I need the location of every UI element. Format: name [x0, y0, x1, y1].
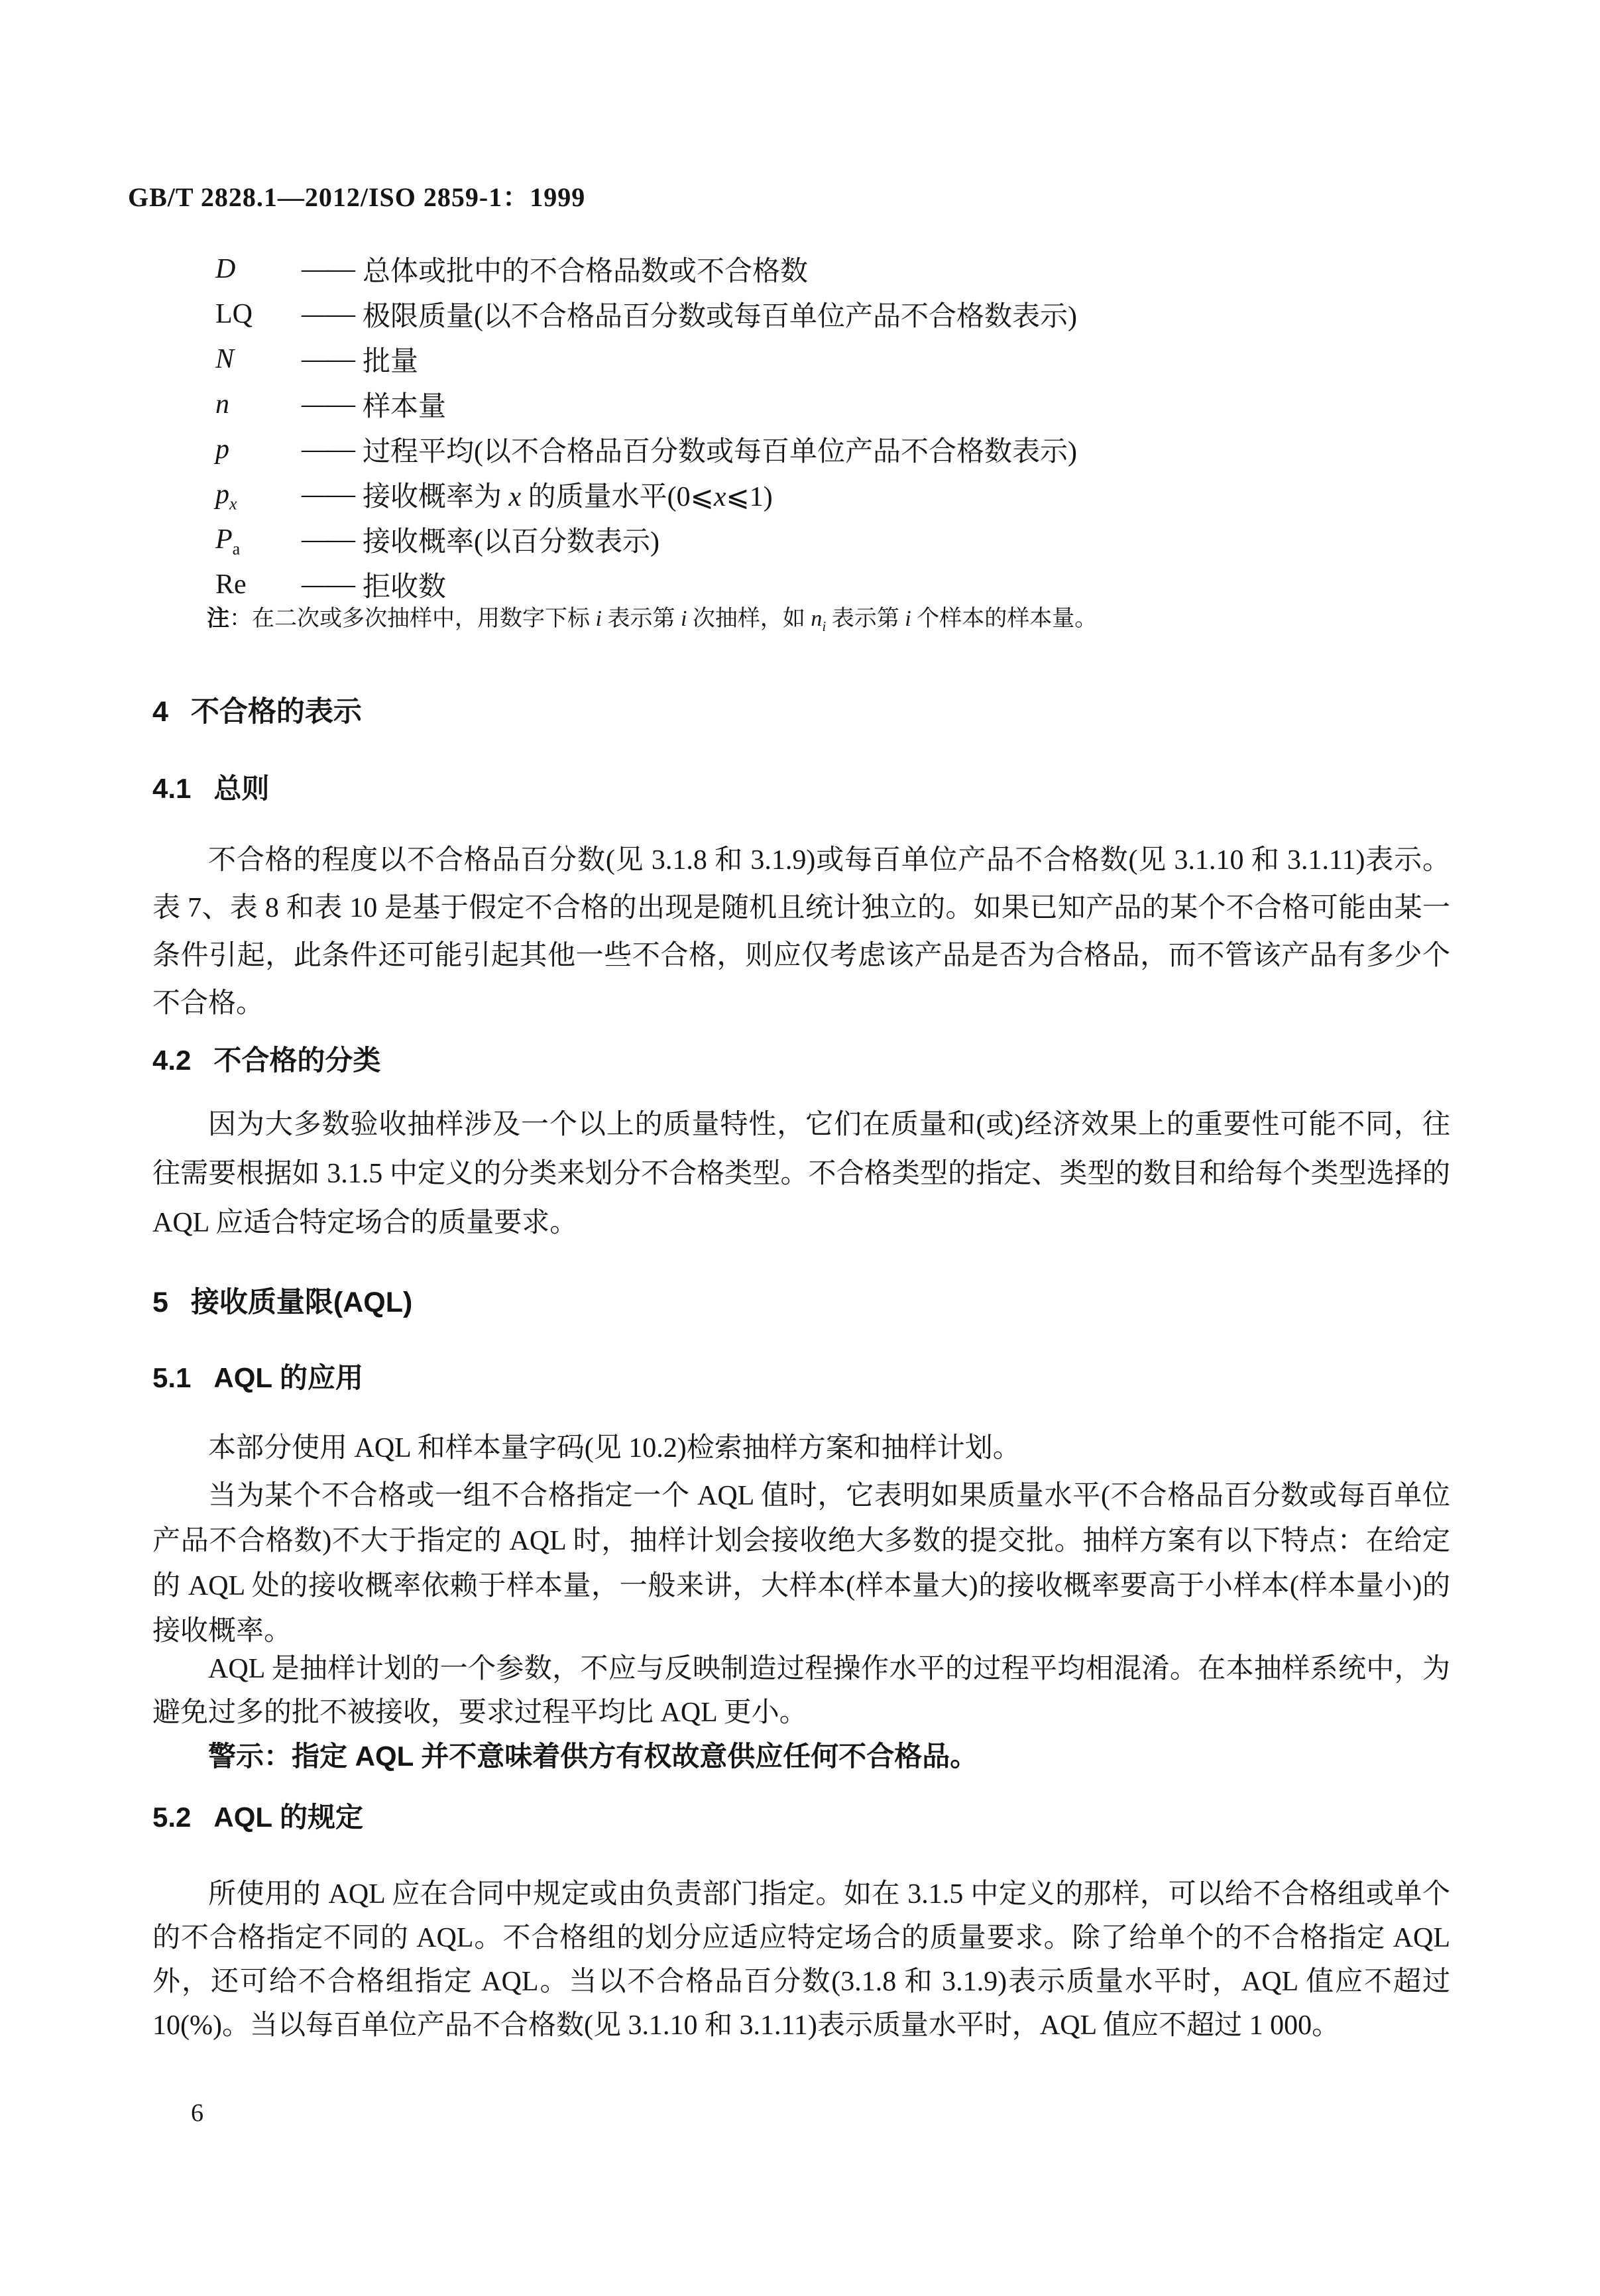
- dash-separator: ——: [302, 253, 363, 285]
- definition-text: 过程平均(以不合格品百分数或每百单位产品不合格数表示): [363, 430, 1077, 469]
- paragraph: AQL 是抽样计划的一个参数，不应与反映制造过程操作水平的过程平均相混淆。在本抽…: [152, 1647, 1450, 1735]
- paragraph: 不合格的程度以不合格品百分数(见 3.1.8 和 3.1.9)或每百单位产品不合…: [152, 836, 1450, 1027]
- section-title: 不合格的表示: [191, 696, 362, 728]
- dash-separator: ——: [302, 569, 363, 601]
- symbol-label: n: [215, 388, 302, 420]
- symbol-label: D: [215, 253, 302, 285]
- section-title: AQL 的规定: [213, 1802, 363, 1833]
- section-title: 总则: [213, 773, 269, 804]
- definition-row: D——总体或批中的不合格品数或不合格数: [215, 247, 1475, 292]
- paragraph: 当为某个不合格或一组不合格指定一个 AQL 值时，它表明如果质量水平(不合格品百…: [152, 1473, 1450, 1654]
- section-4-2-heading: 4.2不合格的分类: [152, 1045, 380, 1076]
- definition-row: n——样本量: [215, 382, 1475, 427]
- dash-separator: ——: [302, 524, 363, 555]
- dash-separator: ——: [302, 388, 363, 420]
- section-number: 5.2: [152, 1802, 191, 1833]
- warning-text: 警示：指定 AQL 并不意味着供方有权故意供应任何不合格品。: [152, 1741, 1450, 1772]
- section-number: 4.2: [152, 1045, 191, 1076]
- page-number: 6: [191, 2098, 203, 2128]
- definition-row: N——批量: [215, 337, 1475, 382]
- definition-row: p——过程平均(以不合格品百分数或每百单位产品不合格数表示): [215, 427, 1475, 472]
- document-page: GB/T 2828.1—2012/ISO 2859-1：1999 D——总体或批…: [0, 0, 1600, 2296]
- symbol-label: p: [215, 433, 302, 465]
- symbol-label: Pa: [215, 524, 302, 555]
- section-number: 5.1: [152, 1362, 191, 1393]
- paragraph: 因为大多数验收抽样涉及一个以上的质量特性，它们在质量和(或)经济效果上的重要性可…: [152, 1100, 1450, 1247]
- definition-row: Re——拒收数: [215, 562, 1475, 607]
- section-5-1-heading: 5.1AQL 的应用: [152, 1362, 363, 1394]
- dash-separator: ——: [302, 298, 363, 330]
- symbol-definitions: D——总体或批中的不合格品数或不合格数LQ——极限质量(以不合格品百分数或每百单…: [215, 247, 1475, 607]
- definition-text: 批量: [363, 339, 418, 379]
- section-4-heading: 4不合格的表示: [152, 696, 362, 728]
- section-5-heading: 5接收质量限(AQL): [152, 1287, 412, 1318]
- symbol-label: LQ: [215, 298, 302, 330]
- symbol-label: Re: [215, 569, 302, 601]
- section-4-1-heading: 4.1总则: [152, 773, 269, 805]
- definition-text: 接收概率为 x 的质量水平(0⩽x⩽1): [363, 475, 773, 514]
- section-number: 4: [152, 696, 168, 728]
- section-title: 不合格的分类: [213, 1045, 380, 1076]
- section-title: AQL 的应用: [213, 1362, 363, 1393]
- note: 注：在二次或多次抽样中，用数字下标 i 表示第 i 次抽样，如 ni 表示第 i…: [207, 604, 1459, 634]
- dash-separator: ——: [302, 433, 363, 465]
- section-5-2-heading: 5.2AQL 的规定: [152, 1802, 363, 1833]
- definition-row: px——接收概率为 x 的质量水平(0⩽x⩽1): [215, 472, 1475, 517]
- symbol-label: px: [215, 479, 302, 510]
- definition-row: LQ——极限质量(以不合格品百分数或每百单位产品不合格数表示): [215, 292, 1475, 337]
- document-code-header: GB/T 2828.1—2012/ISO 2859-1：1999: [128, 176, 585, 214]
- dash-separator: ——: [302, 479, 363, 510]
- symbol-label: N: [215, 343, 302, 375]
- dash-separator: ——: [302, 343, 363, 375]
- section-number: 4.1: [152, 773, 191, 804]
- definition-text: 接收概率(以百分数表示): [363, 520, 659, 559]
- paragraph: 本部分使用 AQL 和样本量字码(见 10.2)检索抽样方案和抽样计划。: [152, 1426, 1450, 1470]
- definition-text: 拒收数: [363, 565, 446, 604]
- definition-text: 样本量: [363, 384, 446, 424]
- definition-text: 总体或批中的不合格品数或不合格数: [363, 249, 808, 289]
- definition-text: 极限质量(以不合格品百分数或每百单位产品不合格数表示): [363, 294, 1077, 334]
- section-number: 5: [152, 1287, 168, 1318]
- paragraph: 所使用的 AQL 应在合同中规定或由负责部门指定。如在 3.1.5 中定义的那样…: [152, 1872, 1450, 2047]
- definition-row: Pa——接收概率(以百分数表示): [215, 517, 1475, 562]
- section-title: 接收质量限(AQL): [191, 1287, 412, 1318]
